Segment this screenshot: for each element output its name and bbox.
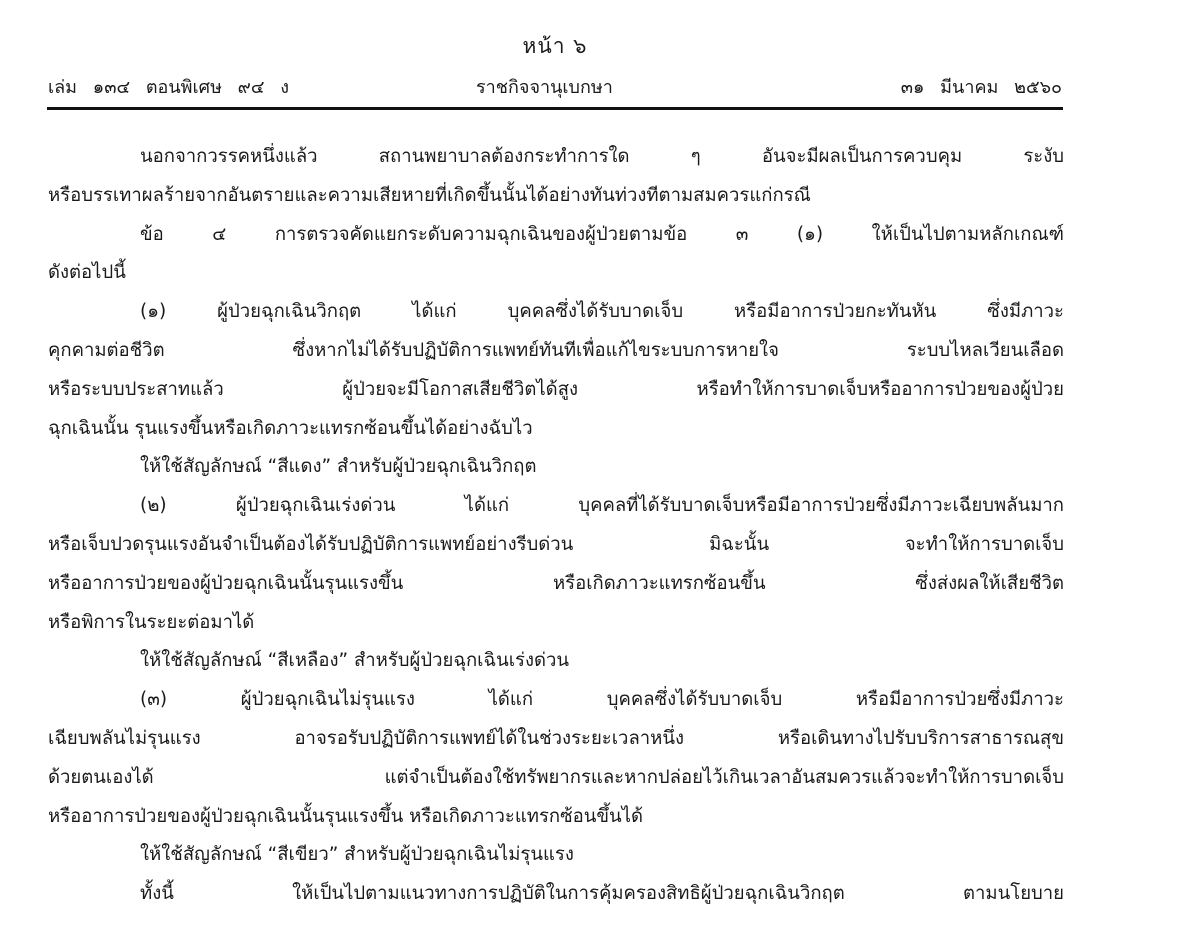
- document-body: นอกจากวรรคหนึ่งแล้ว สถานพยาบาลต้องกระทำก…: [48, 138, 1064, 914]
- text-line: ทั้งนี้ ให้เป็นไปตามแนวทางการปฏิบัติในกา…: [48, 875, 1064, 914]
- text-line: เฉียบพลันไม่รุนแรง อาจรอรับปฏิบัติการแพท…: [48, 720, 1064, 759]
- text-line: นอกจากวรรคหนึ่งแล้ว สถานพยาบาลต้องกระทำก…: [48, 138, 1064, 177]
- text-line: หรือบรรเทาผลร้ายจากอันตรายและความเสียหาย…: [48, 177, 1064, 216]
- text-line: หรือเจ็บปวดรุนแรงอันจำเป็นต้องได้รับปฏิบ…: [48, 526, 1064, 565]
- text-line: ข้อ ๔ การตรวจคัดแยกระดับความฉุกเฉินของผู…: [48, 216, 1064, 255]
- publication-title: ราชกิจจานุเบกษา: [476, 72, 613, 101]
- text-line: หรืออาการป่วยของผู้ป่วยฉุกเฉินนั้นรุนแรง…: [48, 798, 1064, 837]
- text-line: คุกคามต่อชีวิต ซึ่งหากไม่ได้รับปฏิบัติกา…: [48, 332, 1064, 371]
- text-line: ให้ใช้สัญลักษณ์ “สีแดง” สำหรับผู้ป่วยฉุก…: [48, 448, 1064, 487]
- text-line: หรือพิการในระยะต่อมาได้: [48, 604, 1064, 643]
- page-number: หน้า ๖: [0, 30, 1110, 63]
- header-rule: [47, 107, 1063, 110]
- text-line: หรืออาการป่วยของผู้ป่วยฉุกเฉินนั้นรุนแรง…: [48, 565, 1064, 604]
- text-line: ฉุกเฉินนั้น รุนแรงขึ้นหรือเกิดภาวะแทรกซ้…: [48, 410, 1064, 449]
- text-line: ด้วยตนเองได้ แต่จำเป็นต้องใช้ทรัพยากรและ…: [48, 759, 1064, 798]
- text-line: ดังต่อไปนี้: [48, 254, 1064, 293]
- text-line: (๓) ผู้ป่วยฉุกเฉินไม่รุนแรง ได้แก่ บุคคล…: [48, 681, 1064, 720]
- text-line: (๒) ผู้ป่วยฉุกเฉินเร่งด่วน ได้แก่ บุคคลท…: [48, 487, 1064, 526]
- text-line: ให้ใช้สัญลักษณ์ “สีเขียว” สำหรับผู้ป่วยฉ…: [48, 836, 1064, 875]
- running-header: เล่ม ๑๓๔ ตอนพิเศษ ๙๔ ง ราชกิจจานุเบกษา ๓…: [48, 72, 1062, 102]
- text-line: (๑) ผู้ป่วยฉุกเฉินวิกฤต ได้แก่ บุคคลซึ่ง…: [48, 293, 1064, 332]
- publication-date: ๓๑ มีนาคม ๒๕๖๐: [901, 72, 1062, 101]
- text-line: ให้ใช้สัญลักษณ์ “สีเหลือง” สำหรับผู้ป่วย…: [48, 642, 1064, 681]
- volume-issue: เล่ม ๑๓๔ ตอนพิเศษ ๙๔ ง: [48, 72, 289, 101]
- text-line: หรือระบบประสาทแล้ว ผู้ป่วยจะมีโอกาสเสียช…: [48, 371, 1064, 410]
